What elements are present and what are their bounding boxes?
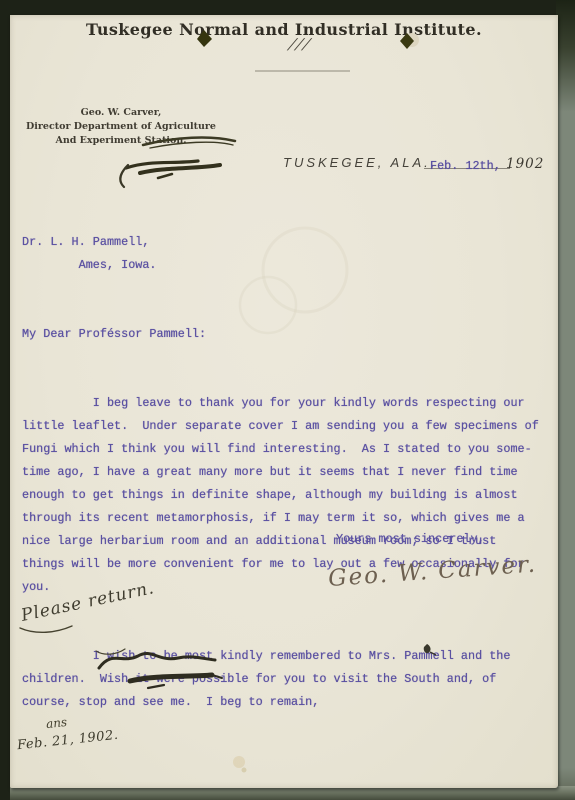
typed-line: little leaflet. Under separate cover I a…	[22, 415, 546, 438]
typed-line: Ames, Iowa.	[22, 254, 546, 277]
answered-note: ans	[45, 715, 67, 731]
typed-date: Feb. 12th,	[430, 159, 501, 173]
scanned-letter-photo: Tuskegee Normal and Industrial Institute…	[0, 0, 575, 800]
printed-place-line: TUSKEGEE, ALA.,	[283, 155, 437, 170]
typed-line: enough to get things in definite shape, …	[22, 484, 546, 507]
typed-line: course, stop and see me. I beg to remain…	[22, 691, 546, 714]
officer-title-line2: And Experiment Station.	[26, 134, 216, 148]
mat-bottom-band	[10, 786, 575, 800]
typed-line: I beg leave to thank you for your kindly…	[22, 392, 546, 415]
salutation-line: My Dear Proféssor Pammell:	[22, 323, 546, 346]
officer-title-line1: Director Department of Agriculture	[26, 120, 216, 134]
mat-right-band	[556, 0, 575, 800]
typed-line: Fungi which I think you will find intere…	[22, 438, 546, 461]
typed-line: time ago, I have a great many more but i…	[22, 461, 546, 484]
typed-line: Dr. L. H. Pammell,	[22, 231, 546, 254]
body-paragraph-2: I wish to be most kindly remembered to M…	[22, 645, 546, 714]
typed-line: My Dear Proféssor Pammell:	[22, 323, 546, 346]
letterhead-institute-title: Tuskegee Normal and Industrial Institute…	[10, 20, 558, 39]
closing-line: Yours most sincerely,	[336, 532, 485, 546]
typed-line: through its recent metamorphosis, if I m…	[22, 507, 546, 530]
typed-line: children. Wish it were possible for you …	[22, 668, 546, 691]
typed-line: I wish to be most kindly remembered to M…	[22, 645, 546, 668]
officer-name: Geo. W. Carver,	[26, 106, 216, 120]
printed-year: 1902	[506, 156, 544, 172]
typewritten-body: Dr. L. H. Pammell, Ames, Iowa. My Dear P…	[22, 185, 546, 760]
recipient-address-block: Dr. L. H. Pammell, Ames, Iowa.	[22, 231, 546, 277]
letterhead-officer-block: Geo. W. Carver, Director Department of A…	[26, 106, 216, 148]
